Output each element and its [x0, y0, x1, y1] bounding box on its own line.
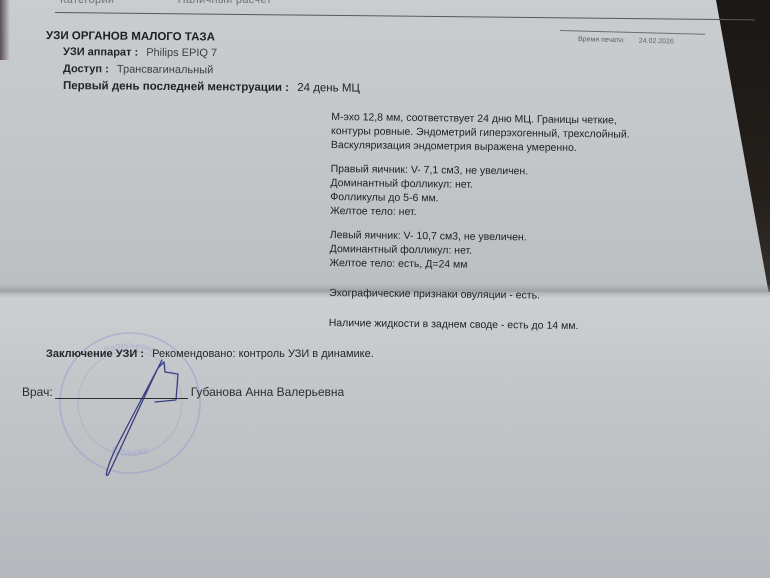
findings-block: М-эхо 12,8 мм, соответствует 24 дню МЦ. … [329, 110, 712, 335]
device-row: УЗИ аппарат : Philips EPIQ 7 [63, 46, 217, 59]
doctor-label: Врач: [22, 385, 53, 399]
header-tab-cash: Наличный расчет [178, 0, 272, 6]
doctor-row: Врач: Губанова Анна Валерьевна [22, 384, 344, 399]
header-faded-text: Категории Наличный расчет [60, 0, 332, 6]
report-title: УЗИ ОРГАНОВ МАЛОГО ТАЗА [46, 30, 215, 43]
doctor-name: Губанова Анна Валерьевна [191, 385, 345, 399]
signature-line [55, 384, 188, 399]
lmp-value: 24 день МЦ [297, 82, 360, 95]
paper-sheet-lower [0, 292, 770, 578]
device-label: УЗИ аппарат : [63, 46, 138, 59]
lmp-row: Первый день последней менструации : 24 д… [63, 80, 360, 95]
lmp-label: Первый день последней менструации : [63, 80, 289, 94]
conclusion-label: Заключение УЗИ : [46, 348, 144, 360]
paper-edge-shadow [0, 0, 10, 60]
print-time-label: Время печати: [578, 36, 625, 44]
device-value: Philips EPIQ 7 [146, 47, 217, 60]
access-value: Трансвагинальный [117, 63, 213, 76]
conclusion-row: Заключение УЗИ : Рекомендовано: контроль… [46, 348, 374, 360]
header-tab-categories: Категории [60, 0, 114, 6]
access-label: Доступ : [63, 63, 109, 75]
access-row: Доступ : Трансвагинальный [63, 63, 213, 76]
print-date: 24.02.2016 [639, 38, 674, 46]
conclusion-text: Рекомендовано: контроль УЗИ в динамике. [152, 348, 374, 360]
